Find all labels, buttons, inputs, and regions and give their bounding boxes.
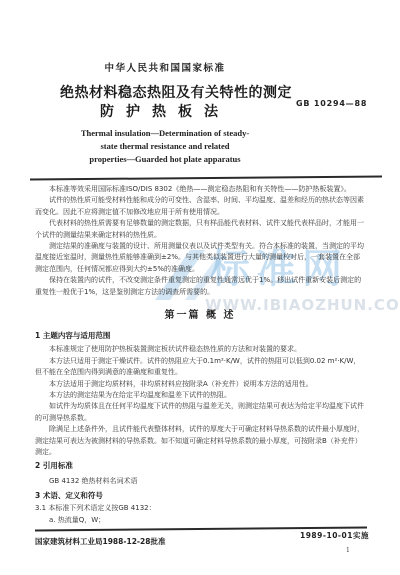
intro-paragraph: 测定结果的准确度与装置的设计、所用测量仪表以及试件类型有关。符合本标准的装置，当… bbox=[35, 241, 365, 275]
section-paragraph: GB 4132 绝热材料名词术语 bbox=[35, 476, 365, 487]
intro-section: 本标准等效采用国际标准ISO/DIS 8302《绝热——测定稳态热阻和有关特性—… bbox=[35, 184, 365, 298]
section-paragraph: 如试件为均质体且在任何平均温度下试件的热阻与温差无关，则测定结果可表达为给定平均… bbox=[35, 401, 365, 424]
implementation-date: 1989-10-01实施 bbox=[300, 530, 369, 541]
title-en-line: state thermal resistance and related bbox=[0, 140, 330, 153]
section-heading: 3 术语、定义和符号 bbox=[35, 490, 365, 501]
part-title: 第一篇 概 述 bbox=[0, 306, 400, 321]
section-paragraph: 除满足上述条件外，且试件能代表整体材料，试件的厚度大于可确定材料导热系数的试件最… bbox=[35, 424, 365, 458]
section-paragraph: 本方法的测定结果为在给定平均温度和温差下试件的热阻。 bbox=[35, 390, 365, 401]
intro-paragraph: 试件的热性质可能受材料性能和成分的可变性、含湿率、时间、平均温度、温差和经历的热… bbox=[35, 195, 365, 218]
section-2: 2 引用标准 GB 4132 绝热材料名词术语 bbox=[35, 460, 365, 488]
section-3: 3 术语、定义和符号 3.1 本标准下列术语定义按GB 4132： a. 热流量… bbox=[35, 490, 365, 526]
section-paragraph: 本标准规定了使用防护热板装置测定板状试件稳态热性质的方法和对装置的要求。 bbox=[35, 344, 365, 355]
section-paragraph: a. 热流量Q，W； bbox=[35, 515, 365, 526]
section-heading: 2 引用标准 bbox=[35, 460, 365, 471]
section-paragraph: 本方法适用于测定均质材料，非均质材料应按附录A（补充件）说明本方法的适用性。 bbox=[35, 379, 365, 390]
standard-name: 中华人民共和国国家标准 bbox=[0, 60, 330, 74]
title-en-line: Thermal insulation—Determination of stea… bbox=[0, 127, 330, 140]
intro-paragraph: 保持在装置内的试件，不改变测定条件重复测定的重复性通常远优于1%。移出试件重新安… bbox=[35, 275, 365, 298]
section-paragraph: 3.1 本标准下列术语定义按GB 4132： bbox=[35, 503, 365, 514]
section-1: 1 主题内容与适用范围 本标准规定了使用防护热板装置测定板状试件稳态热性质的方法… bbox=[35, 330, 365, 458]
document-page: 标准网 WWW.IBIAOZHUN.COM 中华人民共和国国家标准 绝热材料稳态… bbox=[0, 0, 400, 575]
title-cn-line1: 绝热材料稳态热阻及有关特性的测定 bbox=[60, 82, 292, 102]
header-divider bbox=[30, 175, 382, 180]
title-cn-line2: 防护热板法 bbox=[100, 101, 230, 121]
section-paragraph: 本方法只适用于测定干燥试件。试件的热阻应大于0.1m²·K/W，试件的热阻可以低… bbox=[35, 356, 365, 379]
intro-paragraph: 代表材料的热性质需要有足够数量的测定数据，只有样品能代表材料、试件又能代表样品时… bbox=[35, 218, 365, 241]
approval-date: 国家建筑材料工业局1988-12-28批准 bbox=[35, 536, 165, 547]
standard-code: GB 10294—88 bbox=[296, 99, 367, 108]
page-number: 1 bbox=[346, 547, 350, 554]
title-en: Thermal insulation—Determination of stea… bbox=[0, 127, 330, 166]
title-en-line: properties—Guarded hot plate apparatus bbox=[0, 153, 330, 166]
intro-paragraph: 本标准等效采用国际标准ISO/DIS 8302《绝热——测定稳态热阻和有关特性—… bbox=[35, 184, 365, 195]
section-heading: 1 主题内容与适用范围 bbox=[35, 330, 365, 341]
